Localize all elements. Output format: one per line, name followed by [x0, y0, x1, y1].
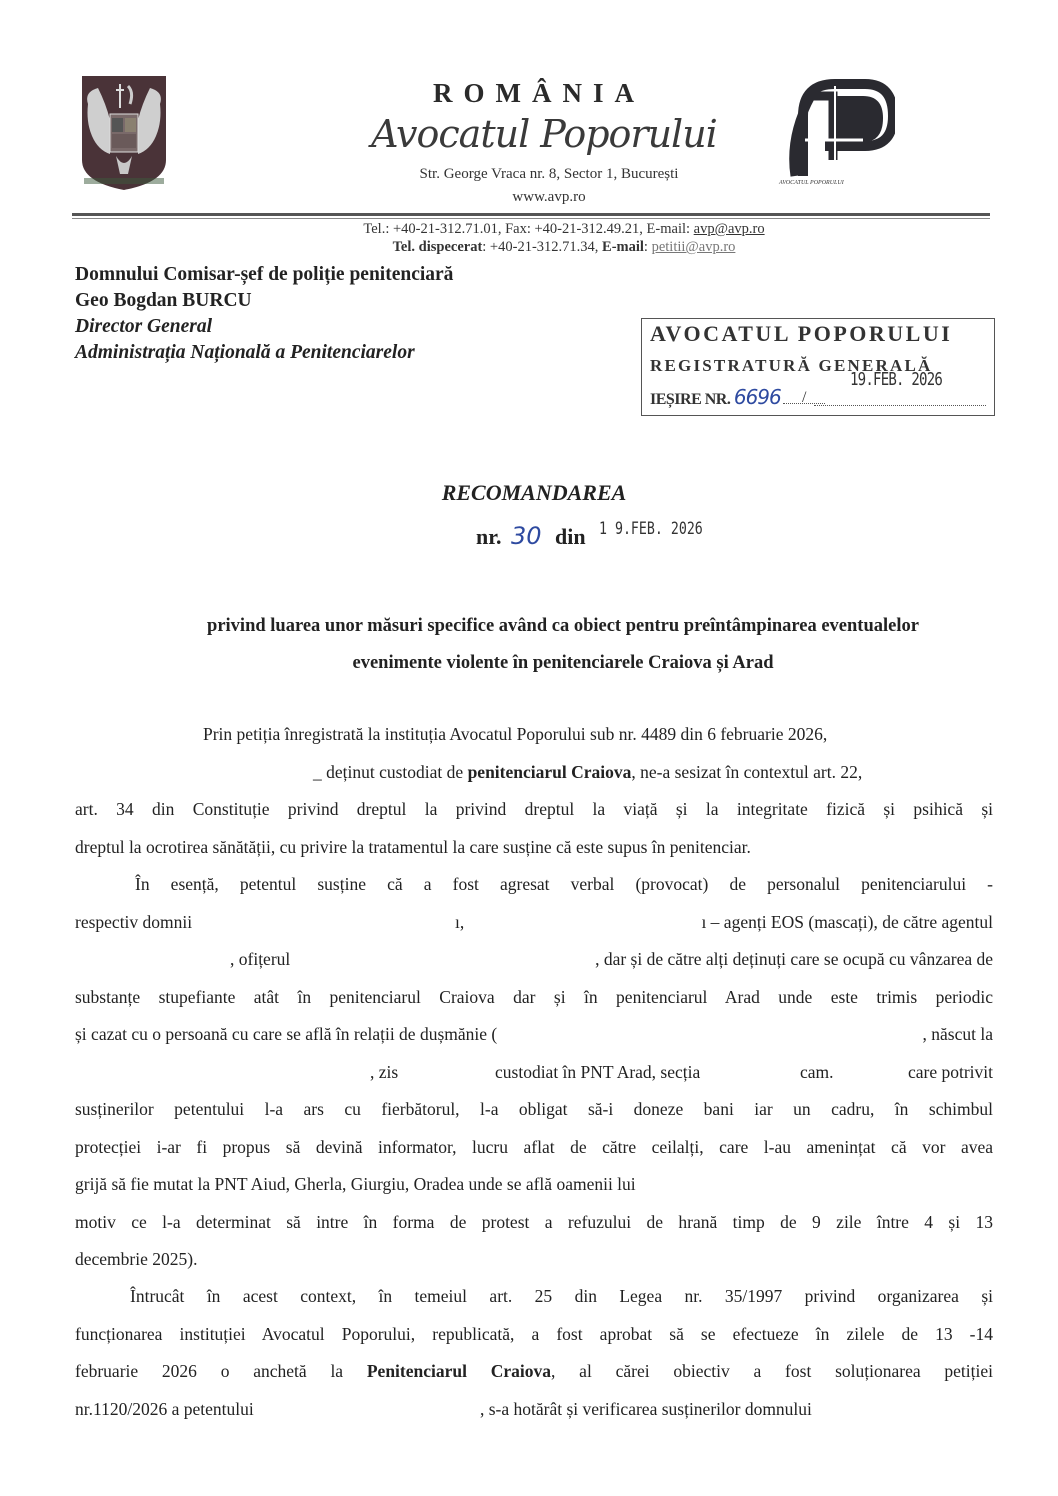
- stamp-separator: /: [802, 389, 806, 407]
- stamp-institution: AVOCATUL POPORULUI: [650, 321, 952, 347]
- stamp-exit-number: 6696: [734, 385, 781, 409]
- p2-line-4: substanțe stupefiante atât în penitencia…: [75, 979, 993, 1017]
- document-title: RECOMANDAREA: [0, 480, 1058, 506]
- p2-line-11: decembrie 2025).: [75, 1241, 993, 1279]
- header-divider-thin: [72, 218, 990, 219]
- stamp-exit-line: IEȘIRE NR. 6696: [650, 385, 825, 409]
- p1-line-1: Prin petiția înregistrată la instituția …: [75, 716, 993, 754]
- dispatch-phone: : +40-21-312.71.34,: [482, 239, 602, 255]
- p2-line-6: , zis custodiat în PNT Arad, secția cam.…: [75, 1054, 993, 1092]
- contact-line-2: Tel. dispecerat: +40-21-312.71.34, E-mai…: [0, 239, 1058, 256]
- p2-line-5: și cazat cu o persoană cu care se află î…: [75, 1016, 993, 1054]
- contact-phone-fax: Tel.: +40-21-312.71.01, Fax: +40-21-312.…: [363, 221, 693, 237]
- p1-line-4: dreptul la ocrotirea sănătății, cu privi…: [75, 829, 993, 867]
- subject-line-1: privind luarea unor măsuri specifice avâ…: [120, 608, 1006, 645]
- p3-line-3: februarie 2026 o anchetă la Penitenciaru…: [75, 1353, 993, 1391]
- p2-line-2: respectiv domnii ı, ı – agenți EOS (masc…: [75, 904, 993, 942]
- country-heading: ROMÂNIA: [0, 78, 1058, 109]
- institution-name: Avocatul Poporului: [0, 112, 1058, 156]
- document-number-line: nr. 30 din 1 9.FEB. 2026: [476, 522, 732, 550]
- avp-logo-icon: AVOCATUL POPORULUI: [775, 76, 895, 188]
- p1-line-2: _ deținut custodiat de penitenciarul Cra…: [75, 754, 993, 792]
- stamp-exit-label: IEȘIRE NR.: [650, 391, 730, 408]
- paragraph-3: Întrucât în acest context, în temeiul ar…: [75, 1278, 993, 1428]
- recommendation-number: 30: [511, 522, 542, 550]
- addressee-organization: Administrația Națională a Penitenciarelo…: [75, 340, 453, 366]
- addressee-position: Director General: [75, 314, 453, 340]
- subject-line-2: evenimente violente în penitenciarele Cr…: [120, 645, 1006, 682]
- p1-line-3: art. 34 din Constituție privind dreptul …: [75, 791, 993, 829]
- addressee-block: Domnului Comisar-șef de poliție penitenc…: [75, 262, 453, 366]
- p2-line-1: În esență, petentul susține că a fost ag…: [75, 866, 993, 904]
- p3-line-4: nr.1120/2026 a petentului , s-a hotărât …: [75, 1391, 993, 1429]
- p3-line-1: Întrucât în acest context, în temeiul ar…: [75, 1278, 993, 1316]
- svg-text:AVOCATUL POPORULUI: AVOCATUL POPORULUI: [778, 180, 845, 186]
- email-label: E-mail: [602, 239, 644, 255]
- nr-label: nr.: [476, 524, 501, 549]
- recommendation-date: 1 9.FEB. 2026: [599, 519, 703, 539]
- stamp-date: 19.FEB. 2026: [850, 369, 942, 390]
- institution-address: Str. George Vraca nr. 8, Sector 1, Bucur…: [0, 166, 1058, 183]
- addressee-name: Geo Bogdan BURCU: [75, 288, 453, 314]
- p2-line-8: protecției i-ar fi propus să devină info…: [75, 1129, 993, 1167]
- p2-line-9: grijă să fie mutat la PNT Aiud, Gherla, …: [75, 1166, 993, 1204]
- petitions-email-link[interactable]: petitii@avp.ro: [652, 239, 736, 255]
- paragraph-2: În esență, petentul susține că a fost ag…: [75, 866, 993, 1279]
- addressee-title: Domnului Comisar-șef de poliție penitenc…: [75, 262, 453, 288]
- institution-website[interactable]: www.avp.ro: [0, 189, 1058, 206]
- contact-line-1: Tel.: +40-21-312.71.01, Fax: +40-21-312.…: [0, 221, 1058, 238]
- din-label: din: [555, 524, 586, 549]
- dispatch-label: Tel. dispecerat: [393, 239, 483, 255]
- paragraph-1: Prin petiția înregistrată la instituția …: [75, 716, 993, 866]
- p2-line-3: , ofițerul , dar și de către alți deținu…: [75, 941, 993, 979]
- header-divider: [72, 213, 990, 216]
- p3-line-2: funcționarea instituției Avocatul Poporu…: [75, 1316, 993, 1354]
- registry-stamp: AVOCATUL POPORULUI REGISTRATURĂ GENERALĂ…: [641, 318, 995, 416]
- p2-line-10: motiv ce l-a determinat să intre în form…: [75, 1204, 993, 1242]
- stamp-dotted-line: [814, 405, 986, 406]
- document-subject: privind luarea unor măsuri specifice avâ…: [120, 608, 1006, 682]
- p2-line-7: susținerilor petentului l-a ars cu fierb…: [75, 1091, 993, 1129]
- contact-email-link[interactable]: avp@avp.ro: [694, 221, 765, 237]
